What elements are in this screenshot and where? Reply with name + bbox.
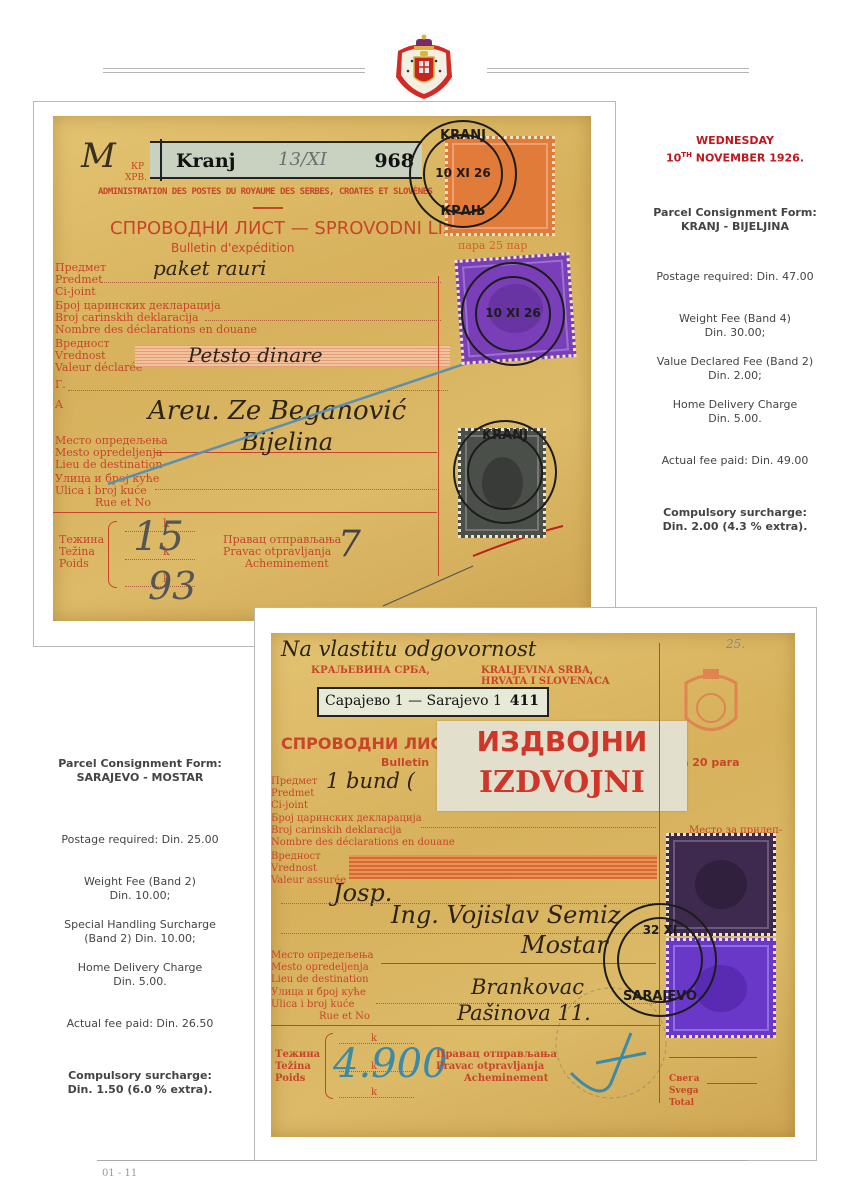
postmark-kranj-1: KRANJ 10 XI 26 КРАЊ: [409, 120, 517, 228]
parcel-card-sarajevo: Na vlastitu odgovornost 25. КРАЉЕВИНА СР…: [271, 633, 795, 1137]
exhibit1-fee-1-label: Weight Fee (Band 4): [625, 312, 845, 326]
exhibit2-description: Parcel Consignment Form: SARAJEVO - MOST…: [35, 757, 245, 1097]
exhibit2-fee-1-amount: Din. 10.00;: [35, 889, 245, 903]
exhibit1-description: WEDNESDAY 10TH NOVEMBER 1926. Parcel Con…: [625, 134, 845, 534]
exhibit2-surcharge-label: Compulsory surcharge:: [35, 1069, 245, 1083]
exhibit2-fee-2-label: Special Handling Surcharge: [35, 918, 245, 932]
exhibit1-fee-1-amount: Din. 30.00;: [625, 326, 845, 340]
exhibit2-fee-2-amount: (Band 2) Din. 10.00;: [35, 932, 245, 946]
exhibit1-surcharge-label: Compulsory surcharge:: [625, 506, 845, 520]
postmark-kranj-3: KRANJ: [453, 420, 557, 524]
exhibit2-actual-fee: Actual fee paid: Din. 26.50: [35, 1017, 245, 1031]
exhibit1-surcharge-amount: Din. 2.00 (4.3 % extra).: [625, 520, 845, 534]
page-number: 01 - 11: [102, 1168, 137, 1179]
exhibit1-fee-2-amount: Din. 2.00;: [625, 369, 845, 383]
stamp-band-text: пара 25 пар: [458, 240, 527, 252]
exhibit1-date-weekday: WEDNESDAY: [625, 134, 845, 148]
exhibit1-fee-3-label: Home Delivery Charge: [625, 398, 845, 412]
postmark-sarajevo: 32 XI SARAJEVO: [603, 903, 717, 1017]
header-rule-left: [103, 68, 365, 73]
exhibit1-route: KRANJ - BIJELJINA: [625, 220, 845, 234]
exhibit1-actual-fee: Actual fee paid: Din. 49.00: [625, 454, 845, 468]
exhibit2-fee-1-label: Weight Fee (Band 2): [35, 875, 245, 889]
header-rule-right: [487, 68, 749, 73]
exhibit1-date: 10TH NOVEMBER 1926.: [625, 148, 845, 166]
exhibit2-postage-required: Postage required: Din. 25.00: [35, 833, 245, 847]
parcel-card-kranj: M КР ХРВ. Kranj 13/XI 968 ADMINISTRATION…: [53, 116, 591, 621]
exhibit2-fee-3-amount: Din. 5.00.: [35, 975, 245, 989]
royal-coat-of-arms-icon: [392, 33, 456, 103]
exhibit2-fee-3-label: Home Delivery Charge: [35, 961, 245, 975]
exhibit1-fee-2-label: Value Declared Fee (Band 2): [625, 355, 845, 369]
exhibit2-form-title: Parcel Consignment Form:: [35, 757, 245, 771]
exhibit1-fee-3-amount: Din. 5.00.: [625, 412, 845, 426]
footer-rule: [97, 1160, 747, 1161]
exhibit1-postage-required: Postage required: Din. 47.00: [625, 270, 845, 284]
exhibit2-route: SARAJEVO - MOSTAR: [35, 771, 245, 785]
exhibit1-form-title: Parcel Consignment Form:: [625, 206, 845, 220]
postmark-kranj-2: 10 XI 26: [461, 262, 565, 366]
exhibit2-surcharge-amount: Din. 1.50 (6.0 % extra).: [35, 1083, 245, 1097]
